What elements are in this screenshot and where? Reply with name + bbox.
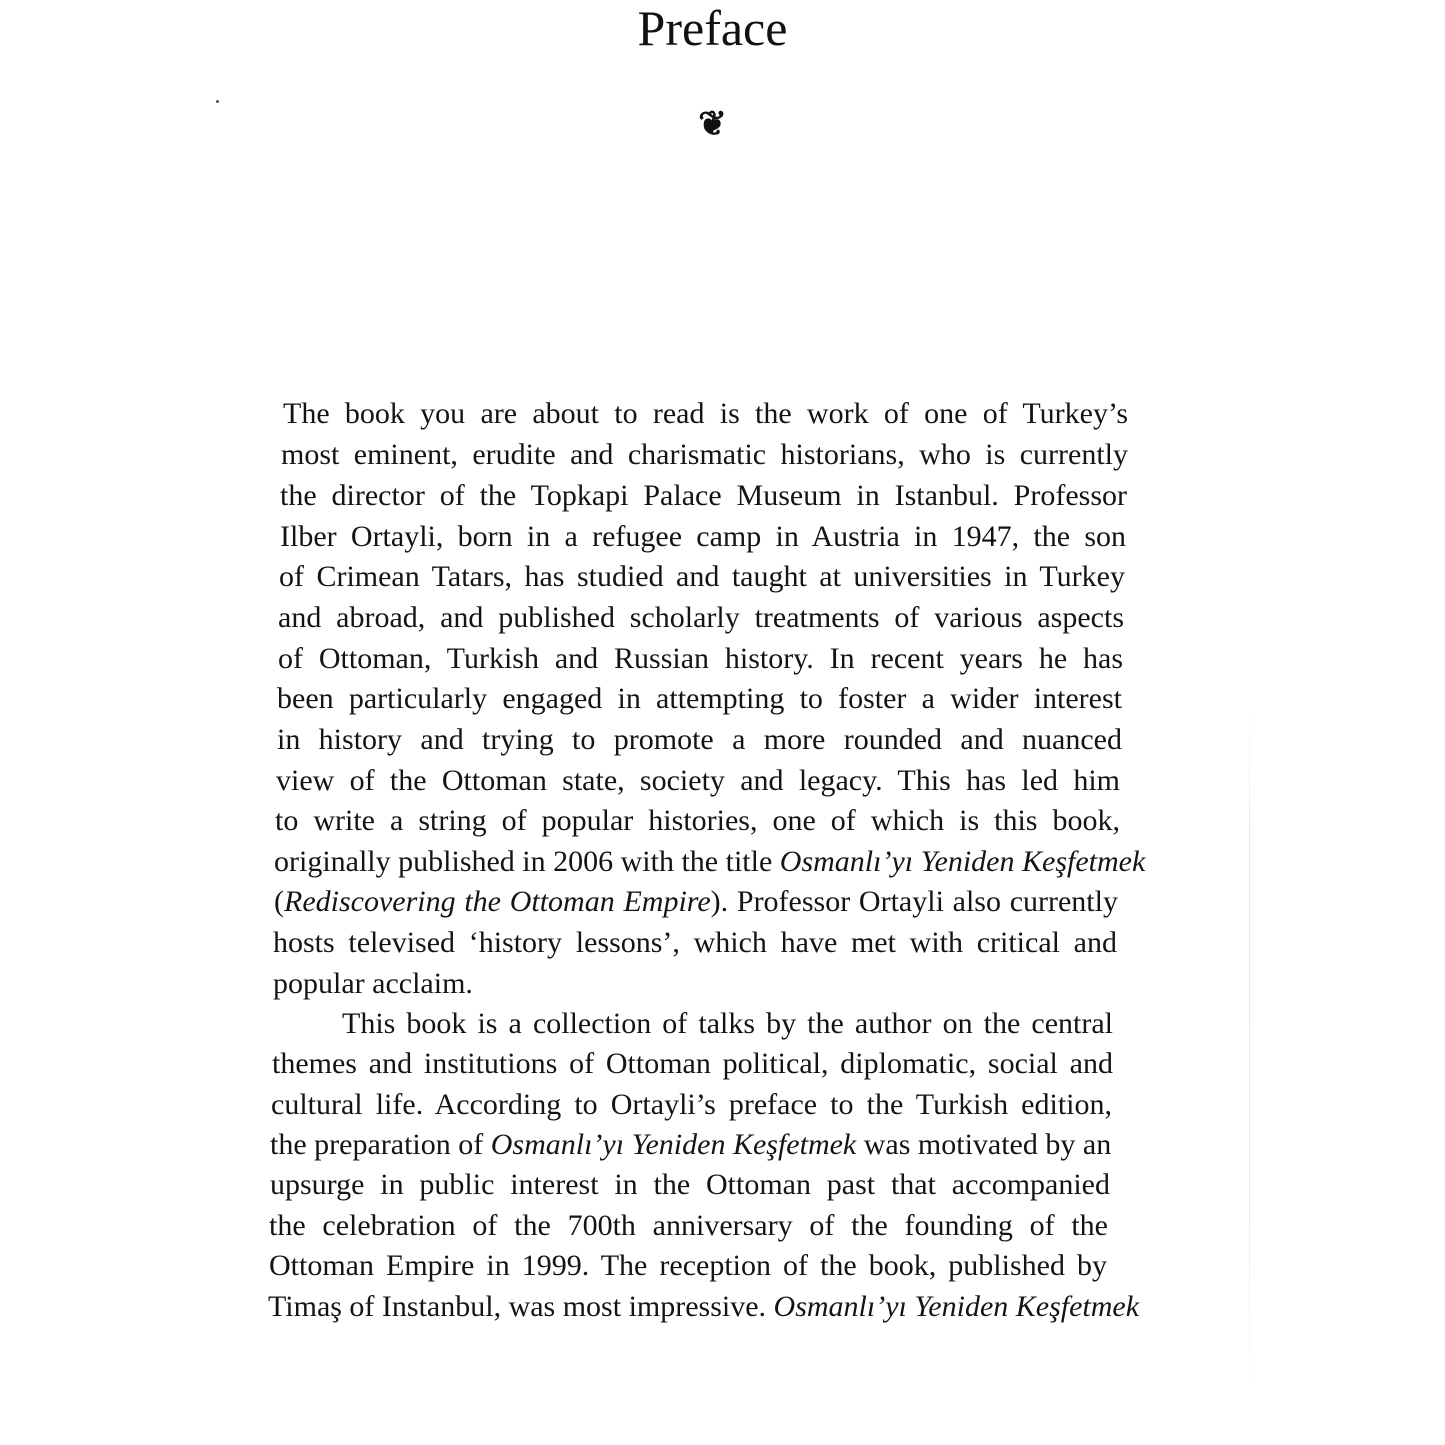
text-line: hosts televised ‘history lessons’, which… xyxy=(273,923,1117,963)
book-title-italic: Osmanlı’yı Yeniden Keşfetmek xyxy=(491,1128,857,1161)
text-line: the preparation of Osmanlı’yı Yeniden Ke… xyxy=(270,1125,1111,1165)
text-line: been particularly engaged in attempting … xyxy=(277,679,1122,719)
text-line: to write a string of popular histories, … xyxy=(275,801,1120,841)
text-line: view of the Ottoman state, society and l… xyxy=(276,761,1120,801)
text-line: upsurge in public interest in the Ottoma… xyxy=(270,1165,1110,1205)
text-line: cultural life. According to Ortayli’s pr… xyxy=(271,1085,1112,1125)
scan-speck xyxy=(216,100,219,103)
text-line: most eminent, erudite and charismatic hi… xyxy=(281,435,1128,475)
text-line: This book is a collection of talks by th… xyxy=(342,1004,1113,1044)
text-line: (Rediscovering the Ottoman Empire). Prof… xyxy=(274,882,1118,922)
text-segment: the preparation of xyxy=(270,1128,491,1161)
text-segment: originally published in 2006 with the ti… xyxy=(274,845,780,878)
page-edge-shadow xyxy=(1249,700,1250,1400)
text-line: in history and trying to promote a more … xyxy=(277,720,1122,760)
text-segment: ( xyxy=(274,885,284,918)
text-segment: ). Professor Ortayli also currently xyxy=(711,885,1118,918)
text-line: and abroad, and published scholarly trea… xyxy=(278,598,1124,638)
text-line: of Crimean Tatars, has studied and taugh… xyxy=(279,557,1125,597)
book-title-italic: Osmanlı’yı Yeniden Keşfetmek xyxy=(780,845,1146,878)
text-segment: was motivated by an xyxy=(856,1128,1111,1161)
text-segment: Timaş of Instanbul, was most impressive. xyxy=(268,1290,774,1323)
text-line: The book you are about to read is the wo… xyxy=(283,394,1128,434)
text-line: Ottoman Empire in 1999. The reception of… xyxy=(269,1246,1107,1286)
text-line: Timaş of Instanbul, was most impressive.… xyxy=(268,1287,1106,1327)
text-line: popular acclaim. xyxy=(273,964,1117,1004)
text-line: the director of the Topkapi Palace Museu… xyxy=(280,476,1127,516)
ornament-icon: ❦ xyxy=(0,108,1425,142)
book-title-italic: Osmanlı’yı Yeniden Keşfetmek xyxy=(774,1290,1140,1323)
page-title: Preface xyxy=(0,0,1425,58)
text-line: originally published in 2006 with the ti… xyxy=(274,842,1119,882)
text-line: themes and institutions of Ottoman polit… xyxy=(272,1044,1113,1084)
text-line: Ilber Ortayli, born in a refugee camp in… xyxy=(280,517,1126,557)
book-title-italic: Rediscovering the Ottoman Empire xyxy=(284,885,711,918)
text-line: the celebration of the 700th anniversary… xyxy=(269,1206,1108,1246)
text-line: of Ottoman, Turkish and Russian history.… xyxy=(278,639,1123,679)
